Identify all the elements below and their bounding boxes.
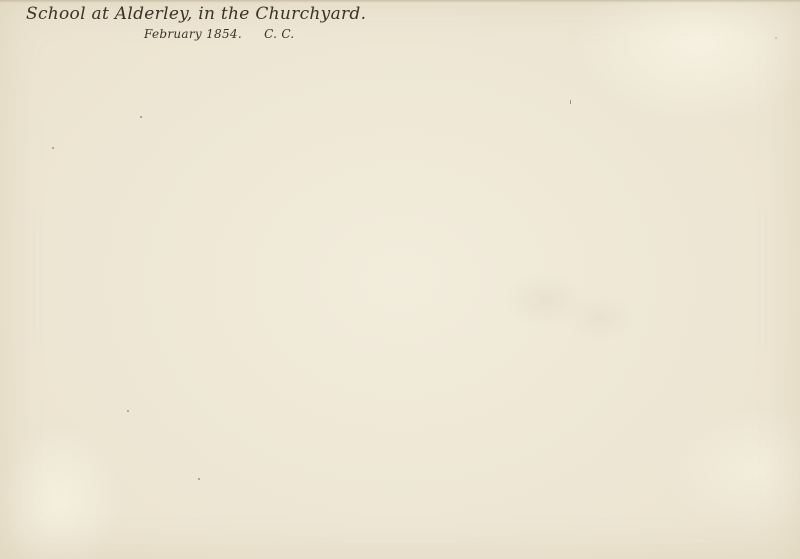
paper-speck — [570, 100, 571, 104]
paper-sheet: School at Alderley, in the Churchyard. F… — [0, 0, 800, 559]
inscription-title: School at Alderley, in the Churchyard. — [26, 4, 366, 24]
handwritten-inscription: School at Alderley, in the Churchyard. F… — [26, 4, 366, 42]
inscription-date: February 1854. — [144, 27, 242, 41]
paper-speck — [775, 37, 777, 39]
inscription-date-line: February 1854. C. C. — [144, 27, 366, 42]
paper-speck — [52, 147, 54, 149]
paper-top-edge — [0, 0, 800, 3]
inscription-initials: C. C. — [264, 27, 294, 41]
paper-speck — [140, 116, 142, 118]
paper-speck — [198, 478, 200, 480]
paper-speck — [127, 410, 129, 412]
